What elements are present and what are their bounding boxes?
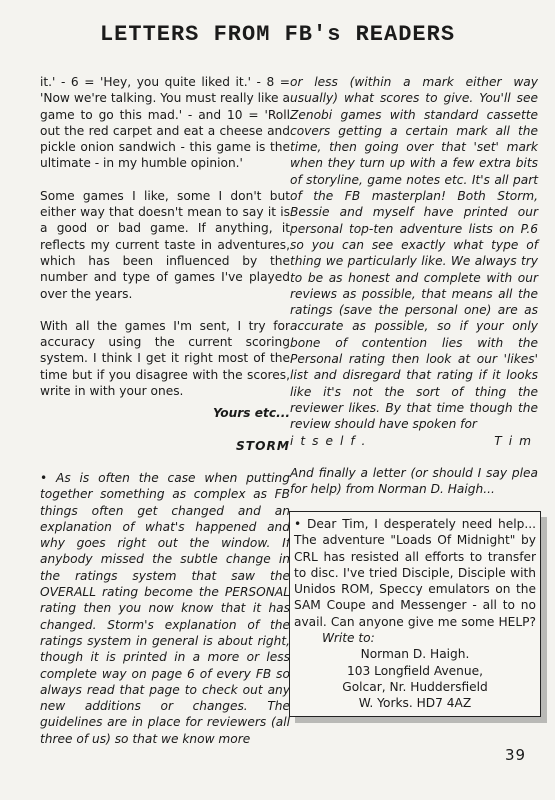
paragraph: And finally a letter (or should I say pl… (290, 465, 538, 498)
paragraph: it.' - 6 = 'Hey, you quite liked it.' - … (40, 74, 290, 172)
write-to-label: Write to: (322, 631, 375, 645)
address-line: W. Yorks. HD7 4AZ (294, 695, 536, 711)
paragraph: or less (within a mark either way usuall… (290, 74, 538, 433)
page-number: 39 (505, 746, 526, 764)
letter-body: • Dear Tim, I desperately need help... T… (294, 517, 536, 629)
paragraph: With all the games I'm sent, I try for a… (40, 318, 290, 399)
right-column: or less (within a mark either way usuall… (290, 74, 538, 513)
address-line: Golcar, Nr. Huddersfield (294, 679, 536, 695)
tim-signoff-line: itself. Tim (290, 433, 538, 449)
editor-note: • As is often the case when putting toge… (40, 470, 290, 747)
signature: Tim (494, 433, 538, 449)
page-title: LETTERS FROM FB's READERS (0, 22, 555, 47)
signature: STORM (40, 438, 290, 454)
address-line: 103 Longfield Avenue, (294, 663, 536, 679)
itself-text: itself. (290, 433, 372, 449)
signoff: Yours etc... (40, 405, 290, 421)
paragraph: Some games I like, some I don't but eith… (40, 188, 290, 302)
left-column: it.' - 6 = 'Hey, you quite liked it.' - … (40, 74, 290, 763)
address-line: Norman D. Haigh. (294, 646, 536, 662)
reader-letter-box: • Dear Tim, I desperately need help... T… (289, 511, 541, 717)
